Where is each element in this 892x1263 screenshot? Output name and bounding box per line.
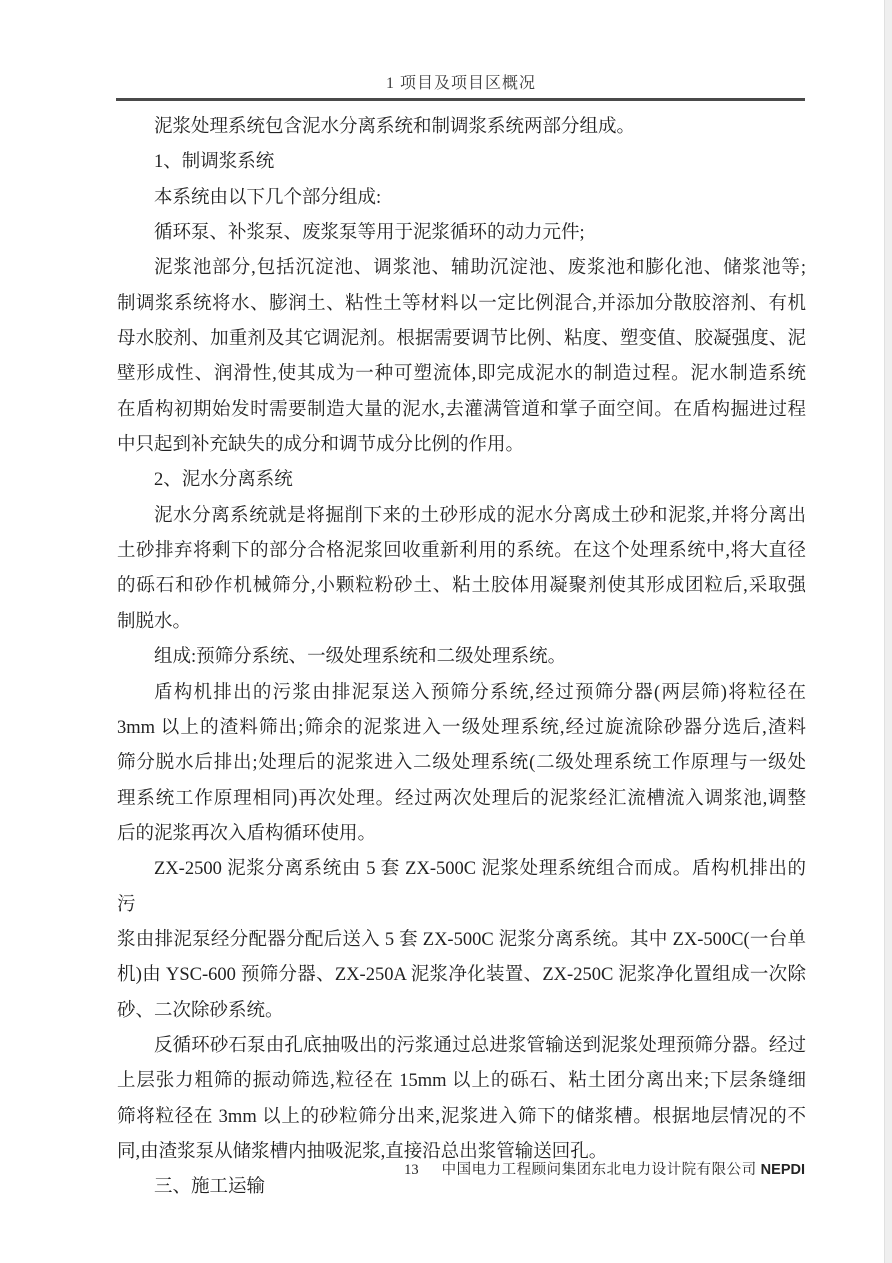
document-body: 泥浆处理系统包含泥水分离系统和制调浆系统两部分组成。1、制调浆系统本系统由以下几… <box>117 110 806 1206</box>
text-line: 中只起到补充缺失的成分和调节成分比例的作用。 <box>117 428 806 463</box>
footer-company-abbr: NEPDI <box>761 1162 805 1178</box>
text-line: 理系统工作原理相同)再次处理。经过两次处理后的泥浆经汇流槽流入调浆池,调整 <box>117 782 806 817</box>
text-line: 土砂排弃将剩下的部分合格泥浆回收重新利用的系统。在这个处理系统中,将大直径 <box>117 534 806 569</box>
text-line: 3mm 以上的渣料筛出;筛余的泥浆进入一级处理系统,经过旋流除砂器分选后,渣料 <box>117 711 806 746</box>
page-header-title: 1 项目及项目区概况 <box>117 74 805 94</box>
text-line: 筛将粒径在 3mm 以上的砂粒筛分出来,泥浆进入筛下的储浆槽。根据地层情况的不 <box>117 1100 806 1135</box>
document-page: 1 项目及项目区概况 泥浆处理系统包含泥水分离系统和制调浆系统两部分组成。1、制… <box>0 0 892 1263</box>
text-line: 盾构机排出的污浆由排泥泵送入预筛分系统,经过预筛分器(两层筛)将粒径在 <box>117 676 806 711</box>
footer-company-line: 中国电力工程顾问集团东北电力设计院有限公司NEPDI <box>442 1160 805 1180</box>
page-scan-edge <box>884 0 892 1263</box>
text-line: 上层张力粗筛的振动筛选,粒径在 15mm 以上的砾石、粘土团分离出来;下层条缝细 <box>117 1064 806 1099</box>
page-footer: 13 中国电力工程顾问集团东北电力设计院有限公司NEPDI <box>117 1160 805 1180</box>
text-line: 泥浆处理系统包含泥水分离系统和制调浆系统两部分组成。 <box>117 110 806 145</box>
text-line: 本系统由以下几个部分组成: <box>117 181 806 216</box>
text-line: 筛分脱水后排出;处理后的泥浆进入二级处理系统(二级处理系统工作原理与一级处 <box>117 746 806 781</box>
text-line: 2、泥水分离系统 <box>117 463 806 498</box>
text-line: 壁形成性、润滑性,使其成为一种可塑流体,即完成泥水的制造过程。泥水制造系统 <box>117 357 806 392</box>
footer-company-name: 中国电力工程顾问集团东北电力设计院有限公司 <box>442 1162 757 1178</box>
text-line: 浆由排泥泵经分配器分配后送入 5 套 ZX-500C 泥浆分离系统。其中 ZX-… <box>117 923 806 958</box>
page-number: 13 <box>404 1160 419 1180</box>
text-line: 后的泥浆再次入盾构循环使用。 <box>117 817 806 852</box>
header-rule <box>116 98 805 101</box>
text-line: 泥浆池部分,包括沉淀池、调浆池、辅助沉淀池、废浆池和膨化池、储浆池等; <box>117 251 806 286</box>
text-line: 循环泵、补浆泵、废浆泵等用于泥浆循环的动力元件; <box>117 216 806 251</box>
text-line: 制调浆系统将水、膨润土、粘性土等材料以一定比例混合,并添加分散胶溶剂、有机 <box>117 287 806 322</box>
text-line: 砂、二次除砂系统。 <box>117 994 806 1029</box>
text-line: 母水胶剂、加重剂及其它调泥剂。根据需要调节比例、粘度、塑变值、胶凝强度、泥 <box>117 322 806 357</box>
text-line: 泥水分离系统就是将掘削下来的土砂形成的泥水分离成土砂和泥浆,并将分离出 <box>117 499 806 534</box>
text-line: 机)由 YSC-600 预筛分器、ZX-250A 泥浆净化装置、ZX-250C … <box>117 958 806 993</box>
text-line: 反循环砂石泵由孔底抽吸出的污浆通过总进浆管输送到泥浆处理预筛分器。经过 <box>117 1029 806 1064</box>
text-line: ZX-2500 泥浆分离系统由 5 套 ZX-500C 泥浆处理系统组合而成。盾… <box>117 852 806 923</box>
text-line: 的砾石和砂作机械筛分,小颗粒粉砂土、粘土胶体用凝聚剂使其形成团粒后,采取强 <box>117 569 806 604</box>
text-line: 制脱水。 <box>117 605 806 640</box>
text-line: 在盾构初期始发时需要制造大量的泥水,去灌满管道和掌子面空间。在盾构掘进过程 <box>117 393 806 428</box>
text-line: 组成:预筛分系统、一级处理系统和二级处理系统。 <box>117 640 806 675</box>
text-line: 1、制调浆系统 <box>117 145 806 180</box>
